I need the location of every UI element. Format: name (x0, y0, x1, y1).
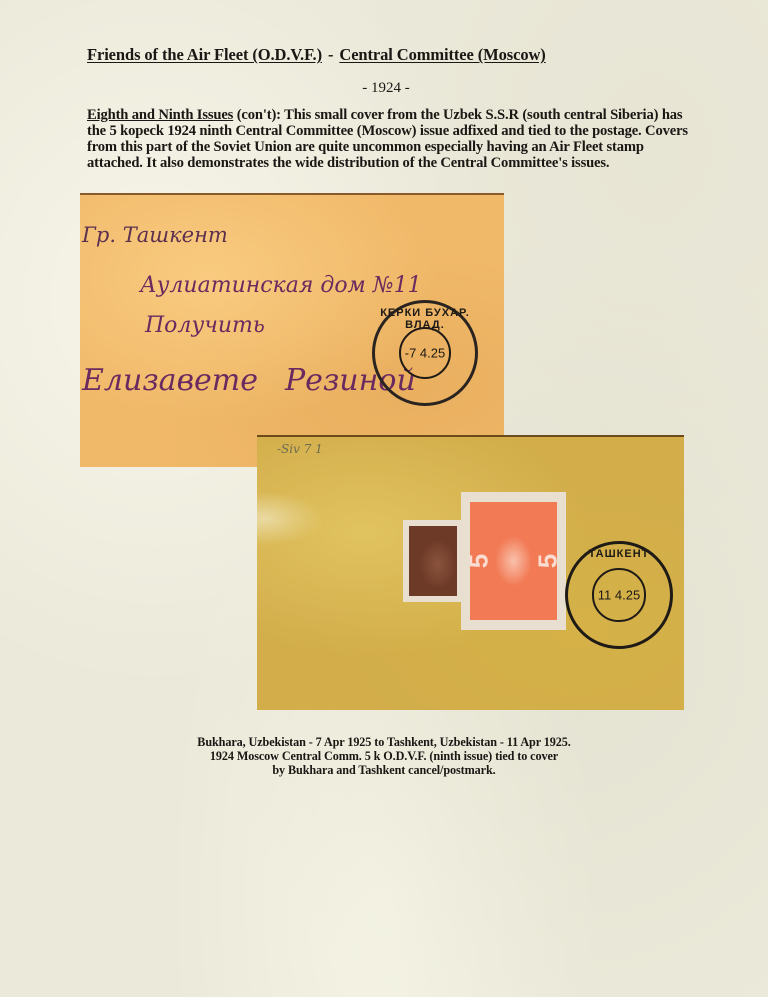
title-separator: - (328, 45, 333, 64)
postmark-date: 11 4.25 (568, 588, 670, 603)
bukhara-postmark: КЕРКИ БУХАР. ВЛАД. -7 4.25 (372, 300, 478, 406)
air-fleet-stamp: 5 5 (461, 492, 566, 630)
stamp-face (409, 526, 457, 596)
stamp-face: 5 5 (470, 502, 557, 620)
intro-paragraph: Eighth and Ninth Issues (con't): This sm… (87, 107, 697, 171)
page-title: Friends of the Air Fleet (O.D.V.F.)-Cent… (87, 45, 546, 65)
caption-line: Bukhara, Uzbekistan - 7 Apr 1925 to Tash… (0, 735, 768, 749)
stamp-value: 5 (532, 554, 563, 568)
handwriting-line: Гр. Ташкент (82, 223, 228, 247)
title-left: Friends of the Air Fleet (O.D.V.F.) (87, 45, 322, 64)
title-right: Central Committee (Moscow) (339, 45, 545, 64)
handwriting-line: Получить (145, 313, 265, 338)
stamp-value: 5 (464, 554, 495, 568)
brown-stamp (403, 520, 463, 602)
cover-front-image: Гр. Ташкент Аулиатинская дом №11 Получит… (80, 193, 504, 467)
cover-back-image: -Siv 7 1 5 5 ТАШКЕНТ 11 4.25 (257, 435, 684, 710)
caption-line: by Bukhara and Tashkent cancel/postmark. (0, 763, 768, 777)
year-heading: - 1924 - (0, 80, 768, 97)
postmark-ring-text: ТАШКЕНТ (568, 548, 670, 560)
pencil-note: -Siv 7 1 (277, 442, 323, 456)
section-heading-suffix: (con't): (233, 107, 281, 123)
section-heading: Eighth and Ninth Issues (87, 107, 233, 123)
handwriting-line: Елизавете (82, 363, 258, 398)
image-caption: Bukhara, Uzbekistan - 7 Apr 1925 to Tash… (0, 735, 768, 777)
tashkent-postmark: ТАШКЕНТ 11 4.25 (565, 541, 673, 649)
handwriting-line: Аулиатинская дом №11 (140, 273, 422, 298)
postmark-date: -7 4.25 (375, 346, 475, 361)
caption-line: 1924 Moscow Central Comm. 5 k O.D.V.F. (… (0, 749, 768, 763)
